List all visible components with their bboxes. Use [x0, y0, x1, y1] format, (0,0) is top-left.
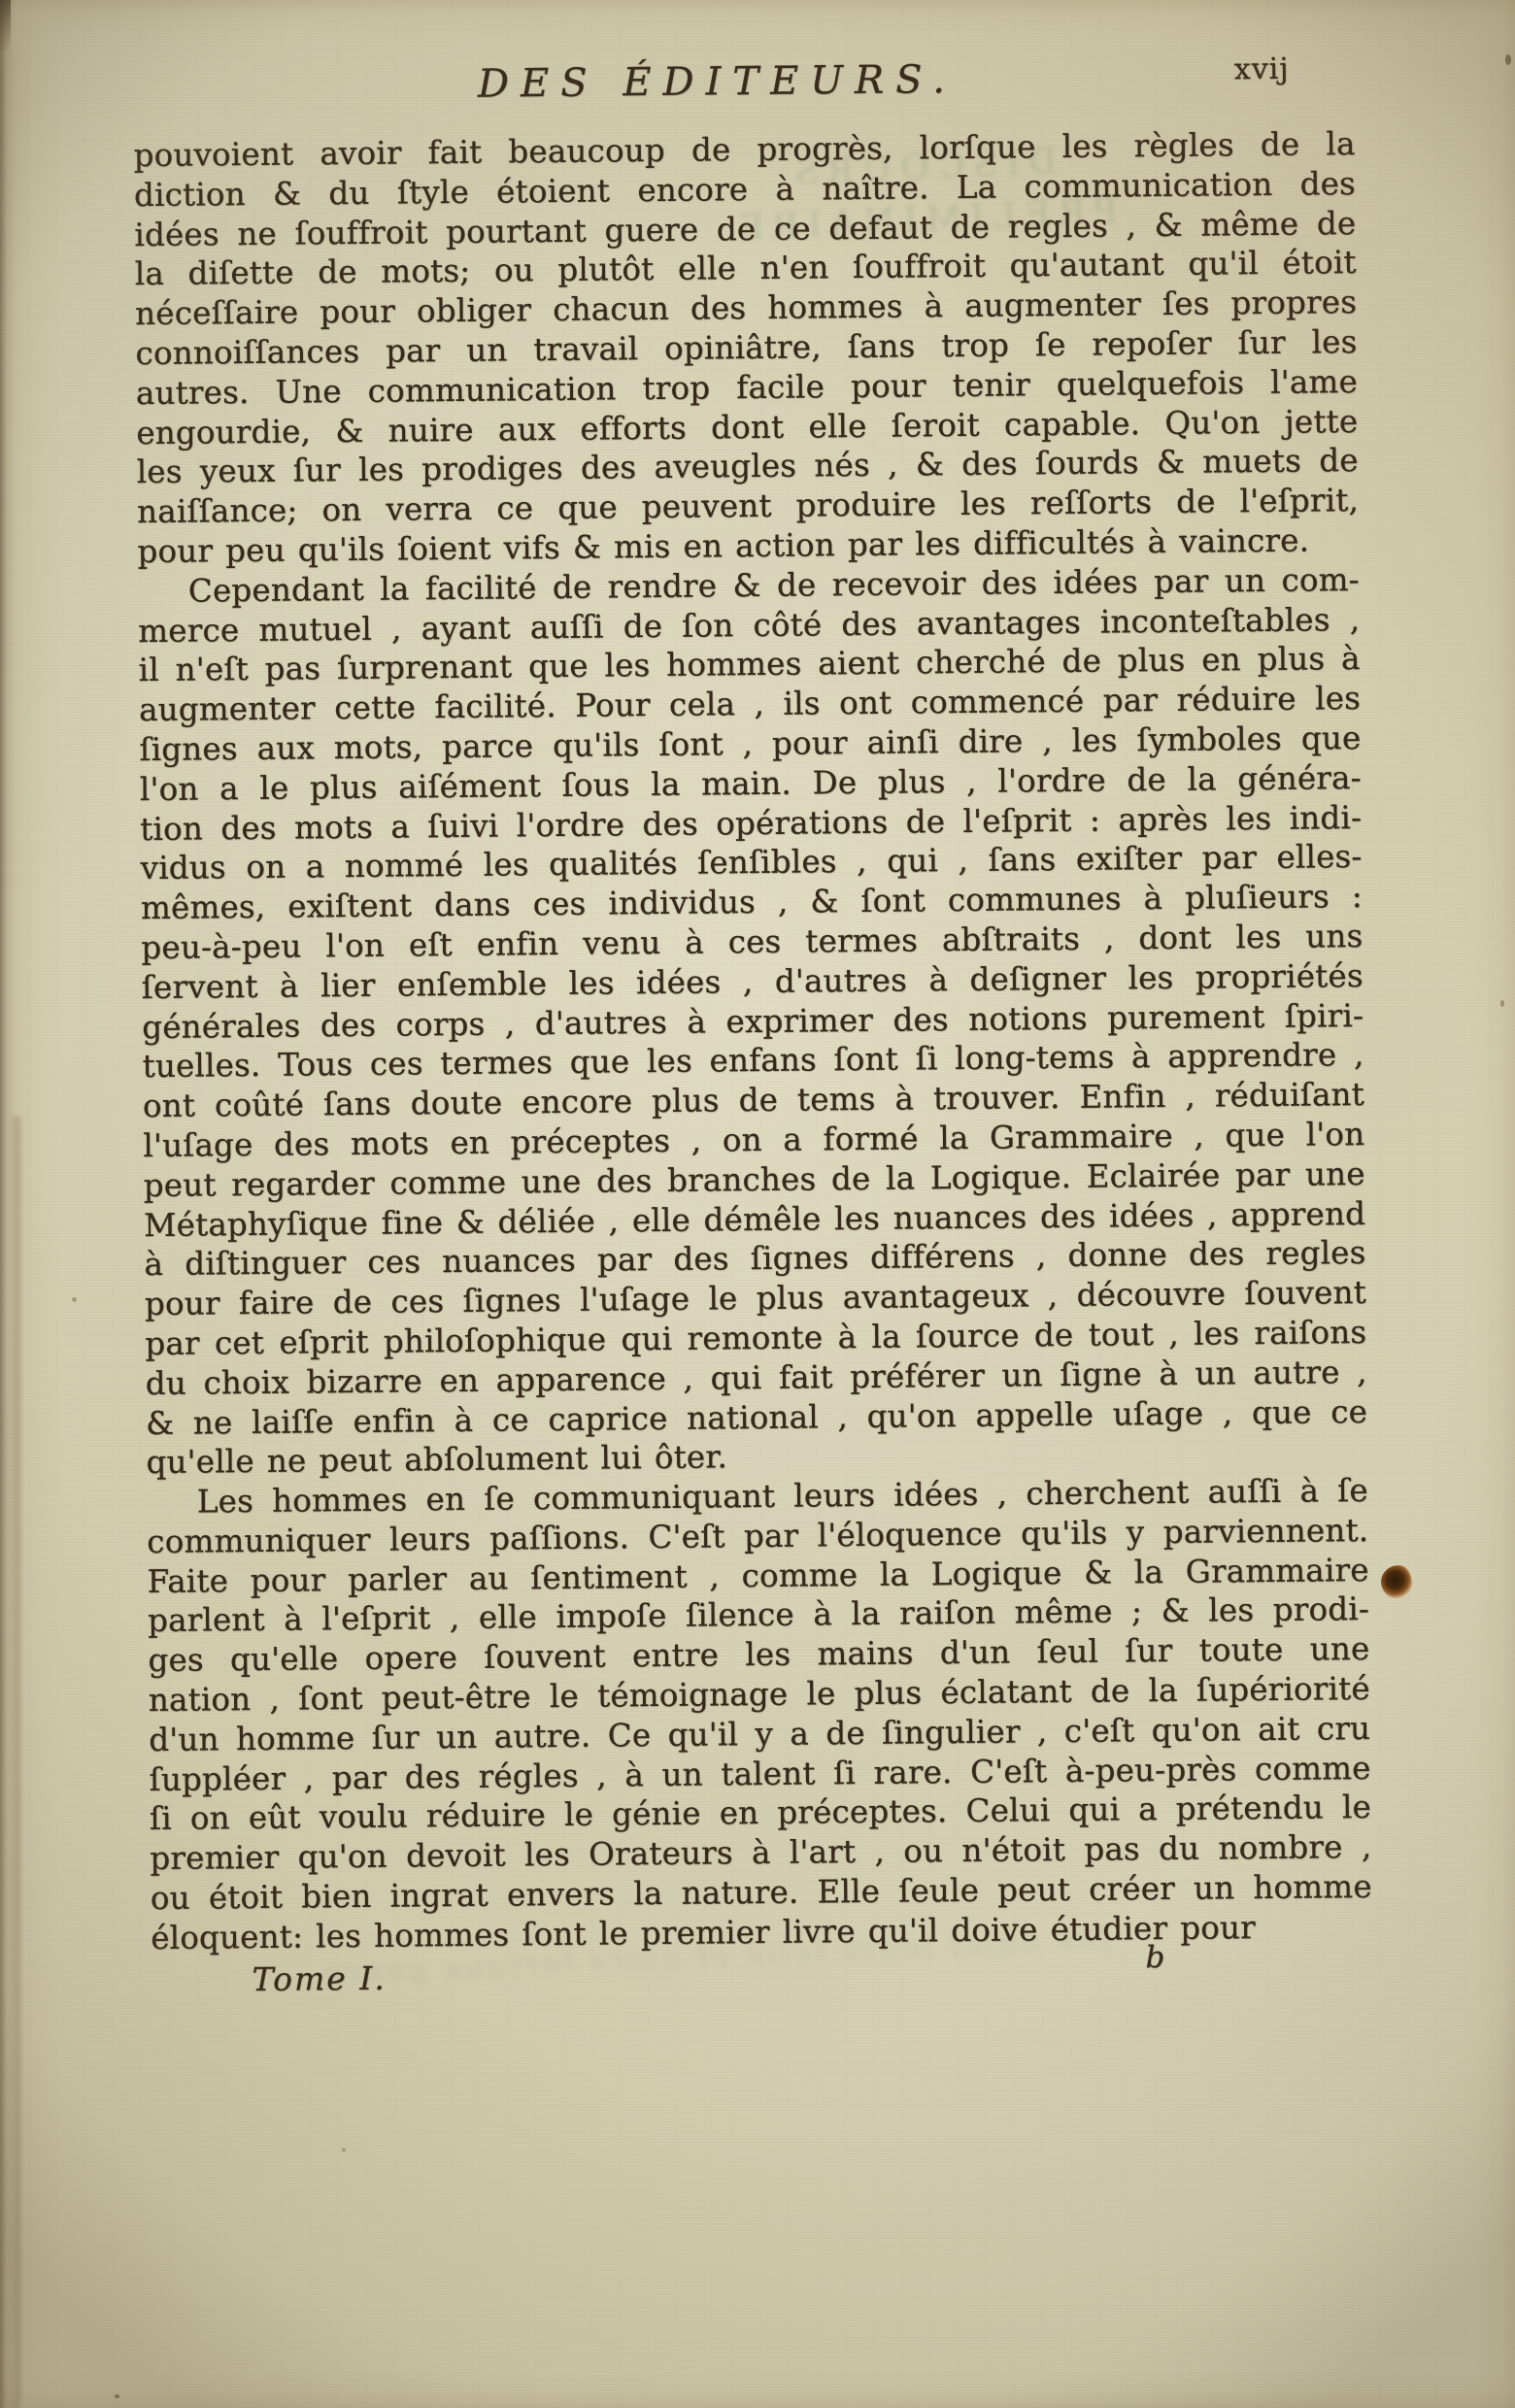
- gutter-crease: [10, 1117, 29, 2408]
- paragraph: Cependant la facilité de rendre & de rec…: [138, 560, 1368, 1483]
- paper-speck: [342, 2148, 346, 2152]
- paper-speck: [1505, 54, 1511, 65]
- page-number: xvij: [1234, 53, 1290, 86]
- paper-speck: [1500, 1000, 1504, 1007]
- paper-speck: [115, 2394, 119, 2398]
- book-page: DISCOURS PRELIMINAIRE ſon objet leurs te…: [0, 0, 1515, 2408]
- running-head: DES ÉDITEURS.: [133, 54, 1355, 109]
- page-edge-shadow: [0, 0, 11, 50]
- paper-speck: [72, 1297, 77, 1302]
- volume-label: Tome I.: [252, 1959, 387, 1998]
- body-text: pouvoient avoir fait beaucoup de progrès…: [133, 124, 1372, 1958]
- paragraph: pouvoient avoir fait beaucoup de progrès…: [133, 124, 1359, 572]
- page-sheet: DISCOURS PRELIMINAIRE ſon objet leurs te…: [0, 0, 1515, 2408]
- ink-blot-stain: [1381, 1565, 1412, 1598]
- signature-mark: b: [1145, 1940, 1164, 1975]
- paragraph: Les hommes en ſe communiquant leurs idée…: [147, 1471, 1373, 1958]
